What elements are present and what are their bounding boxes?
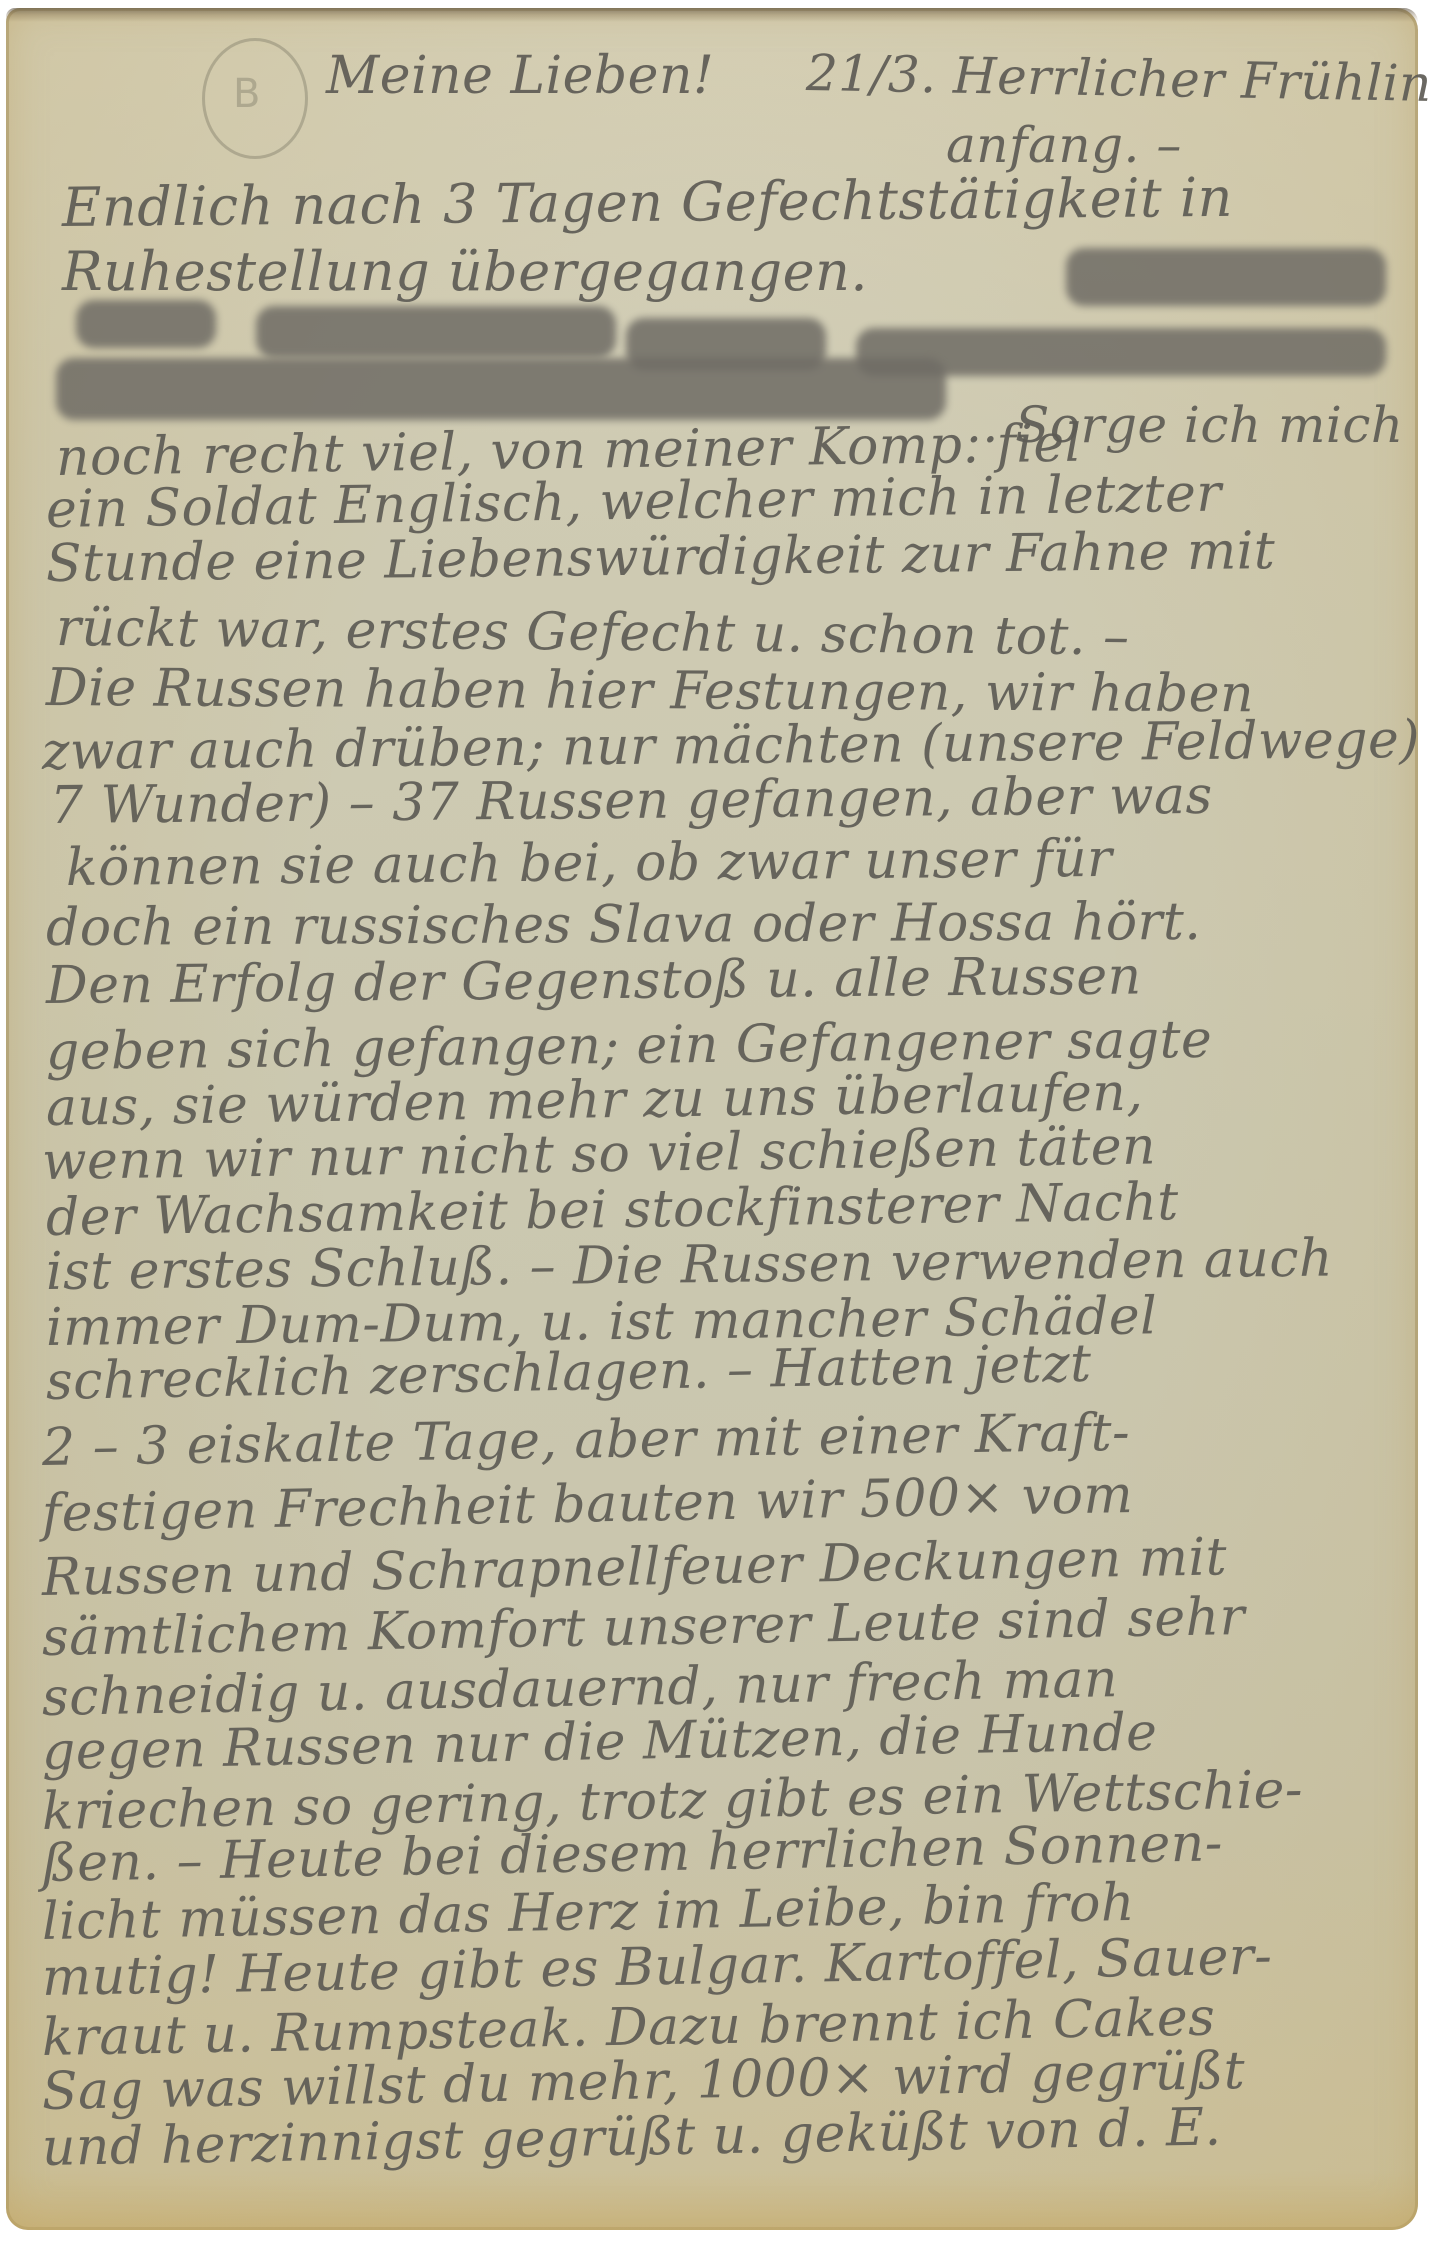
censor-mark — [56, 358, 946, 420]
text-line-2: Ruhestellung übergegangen. — [62, 240, 868, 303]
text-line-23: 2 – 3 eiskalte Tage, aber mit einer Kraf… — [42, 1403, 1131, 1478]
text-line-15: Den Erfolg der Gegenstoß u. alle Russen — [46, 946, 1142, 1016]
text-line-12: 7 Wunder) – 37 Russen gefangen, aber was — [50, 766, 1213, 836]
text-line-13: können sie auch bei, ob zwar unser für — [66, 829, 1113, 898]
date-note: 21/3. Herrlicher Frühlings- — [805, 44, 1431, 114]
postcard: B Meine Lieben! 21/3. Herrlicher Frühlin… — [6, 8, 1418, 2230]
stamp-label: B — [233, 71, 260, 117]
text-line-1: Endlich nach 3 Tagen Gefechtstätigkeit i… — [62, 166, 1233, 239]
censor-mark — [76, 300, 216, 348]
censor-mark — [1066, 248, 1386, 306]
text-line-8: Stunde eine Liebenswürdigkeit zur Fahne … — [46, 521, 1276, 594]
censor-mark — [256, 306, 616, 358]
date-note-cont: anfang. – — [946, 116, 1182, 174]
circular-stamp: B — [202, 38, 308, 159]
text-line-9: rückt war, erstes Gefecht u. schon tot. … — [56, 598, 1130, 667]
salutation: Meine Lieben! — [326, 46, 714, 106]
